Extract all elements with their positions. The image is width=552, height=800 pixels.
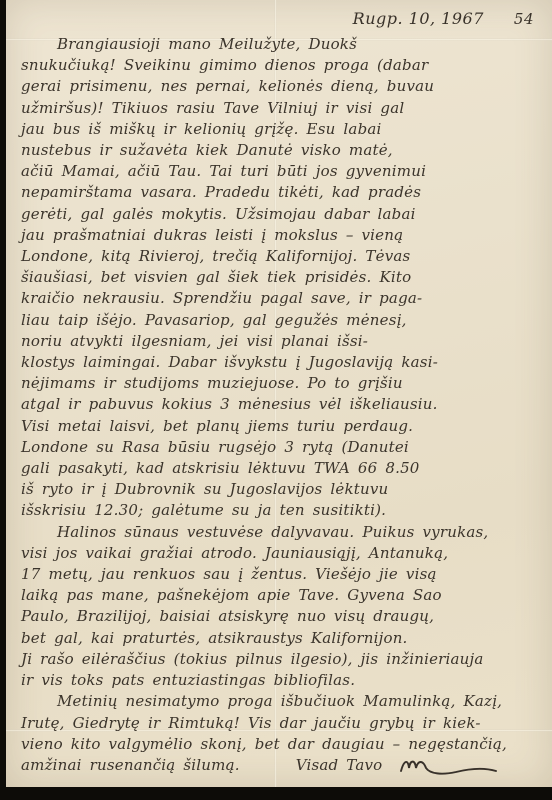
letter-line: nėjimams ir studijoms muziejuose. Po to …	[21, 373, 544, 394]
signature-flourish	[396, 755, 500, 777]
letter-line: kraičio nekrausiu. Sprendžiu pagal save,…	[21, 288, 544, 309]
page-number: 54	[514, 10, 534, 28]
letter-line: liau taip išėjo. Pavasariop, gal gegužės…	[21, 310, 544, 331]
letter-line: Irutę, Giedrytę ir Rimtuką! Vis dar jauč…	[21, 713, 544, 734]
letter-line: jau bus iš miškų ir kelionių grįžę. Esu …	[21, 119, 544, 140]
paragraph-greeting: Brangiausioji mano Meilužyte, Duokšsnuku…	[21, 34, 544, 522]
letter-line: 17 metų, jau renkuos sau į žentus. Viešė…	[21, 564, 544, 585]
letter-line: iš ryto ir į Dubrovnik su Jugoslavijos l…	[21, 479, 544, 500]
letter-line: bet gal, kai praturtės, atsikraustys Kal…	[21, 628, 544, 649]
letter-line: ačiū Mamai, ačiū Tau. Tai turi būti jos …	[21, 161, 544, 182]
letter-line: Metinių nesimatymo proga išbučiuok Mamul…	[21, 691, 544, 712]
letter-line: snukučiuką! Sveikinu gimimo dienos proga…	[21, 55, 544, 76]
final-line-text: amžinai rusenančią šilumą.	[21, 755, 240, 776]
letter-body: Brangiausioji mano Meilužyte, Duokšsnuku…	[6, 28, 552, 777]
letter-line: Halinos sūnaus vestuvėse dalyvavau. Puik…	[21, 522, 544, 543]
paragraph-farewell: Metinių nesimatymo proga išbučiuok Mamul…	[21, 691, 544, 755]
letter-line: Brangiausioji mano Meilužyte, Duokš	[21, 34, 544, 55]
letter-line: atgal ir pabuvus kokius 3 mėnesius vėl i…	[21, 394, 544, 415]
letter-line: užmiršus)! Tikiuos rasiu Tave Vilniuj ir…	[21, 98, 544, 119]
closing-salutation: Visad Tavo	[296, 755, 383, 776]
letter-line: gerėti, gal galės mokytis. Užsimojau dab…	[21, 204, 544, 225]
letter-line: noriu atvykti ilgesniam, jei visi planai…	[21, 331, 544, 352]
letter-line: laiką pas mane, pašnekėjom apie Tave. Gy…	[21, 585, 544, 606]
letter-line: išskrisiu 12.30; galėtume su ja ten susi…	[21, 500, 544, 521]
letter-line: visi jos vaikai gražiai atrodo. Jauniaus…	[21, 543, 544, 564]
letter-line: Ji rašo eilėraščius (tokius pilnus ilges…	[21, 649, 544, 670]
letter-line: ir vis toks pats entuziastingas bibliofi…	[21, 670, 544, 691]
letter-line: Visi metai laisvi, bet planų jiems turiu…	[21, 416, 544, 437]
letter-line: gali pasakyti, kad atskrisiu lėktuvu TWA…	[21, 458, 544, 479]
letter-line: klostys laimingai. Dabar išvykstu į Jugo…	[21, 352, 544, 373]
letter-header: Rugp. 10, 1967 54	[6, 0, 552, 28]
letter-line: gerai prisimenu, nes pernai, kelionės di…	[21, 76, 544, 97]
letter-line: jau prašmatniai dukras leisti į mokslus …	[21, 225, 544, 246]
letter-line: nepamirštama vasara. Pradedu tikėti, kad…	[21, 182, 544, 203]
letter-paper: Rugp. 10, 1967 54 Brangiausioji mano Mei…	[6, 0, 552, 787]
letter-line: nustebus ir sužavėta kiek Danutė visko m…	[21, 140, 544, 161]
letter-line: vieno kito valgymėlio skonį, bet dar dau…	[21, 734, 544, 755]
paragraph-wedding: Halinos sūnaus vestuvėse dalyvavau. Puik…	[21, 522, 544, 692]
letter-line: šiaušiasi, bet visvien gal šiek tiek pri…	[21, 267, 544, 288]
letter-line: Londone, kitą Rivieroj, trečią Kaliforni…	[21, 246, 544, 267]
letter-line: Londone su Rasa būsiu rugsėjo 3 rytą (Da…	[21, 437, 544, 458]
letter-line: Paulo, Brazilijoj, baisiai atsiskyrę nuo…	[21, 606, 544, 627]
letter-date: Rugp. 10, 1967	[353, 9, 484, 28]
scanned-letter: Rugp. 10, 1967 54 Brangiausioji mano Mei…	[0, 0, 552, 800]
closing-row: amžinai rusenančią šilumą. Visad Tavo	[21, 755, 544, 777]
